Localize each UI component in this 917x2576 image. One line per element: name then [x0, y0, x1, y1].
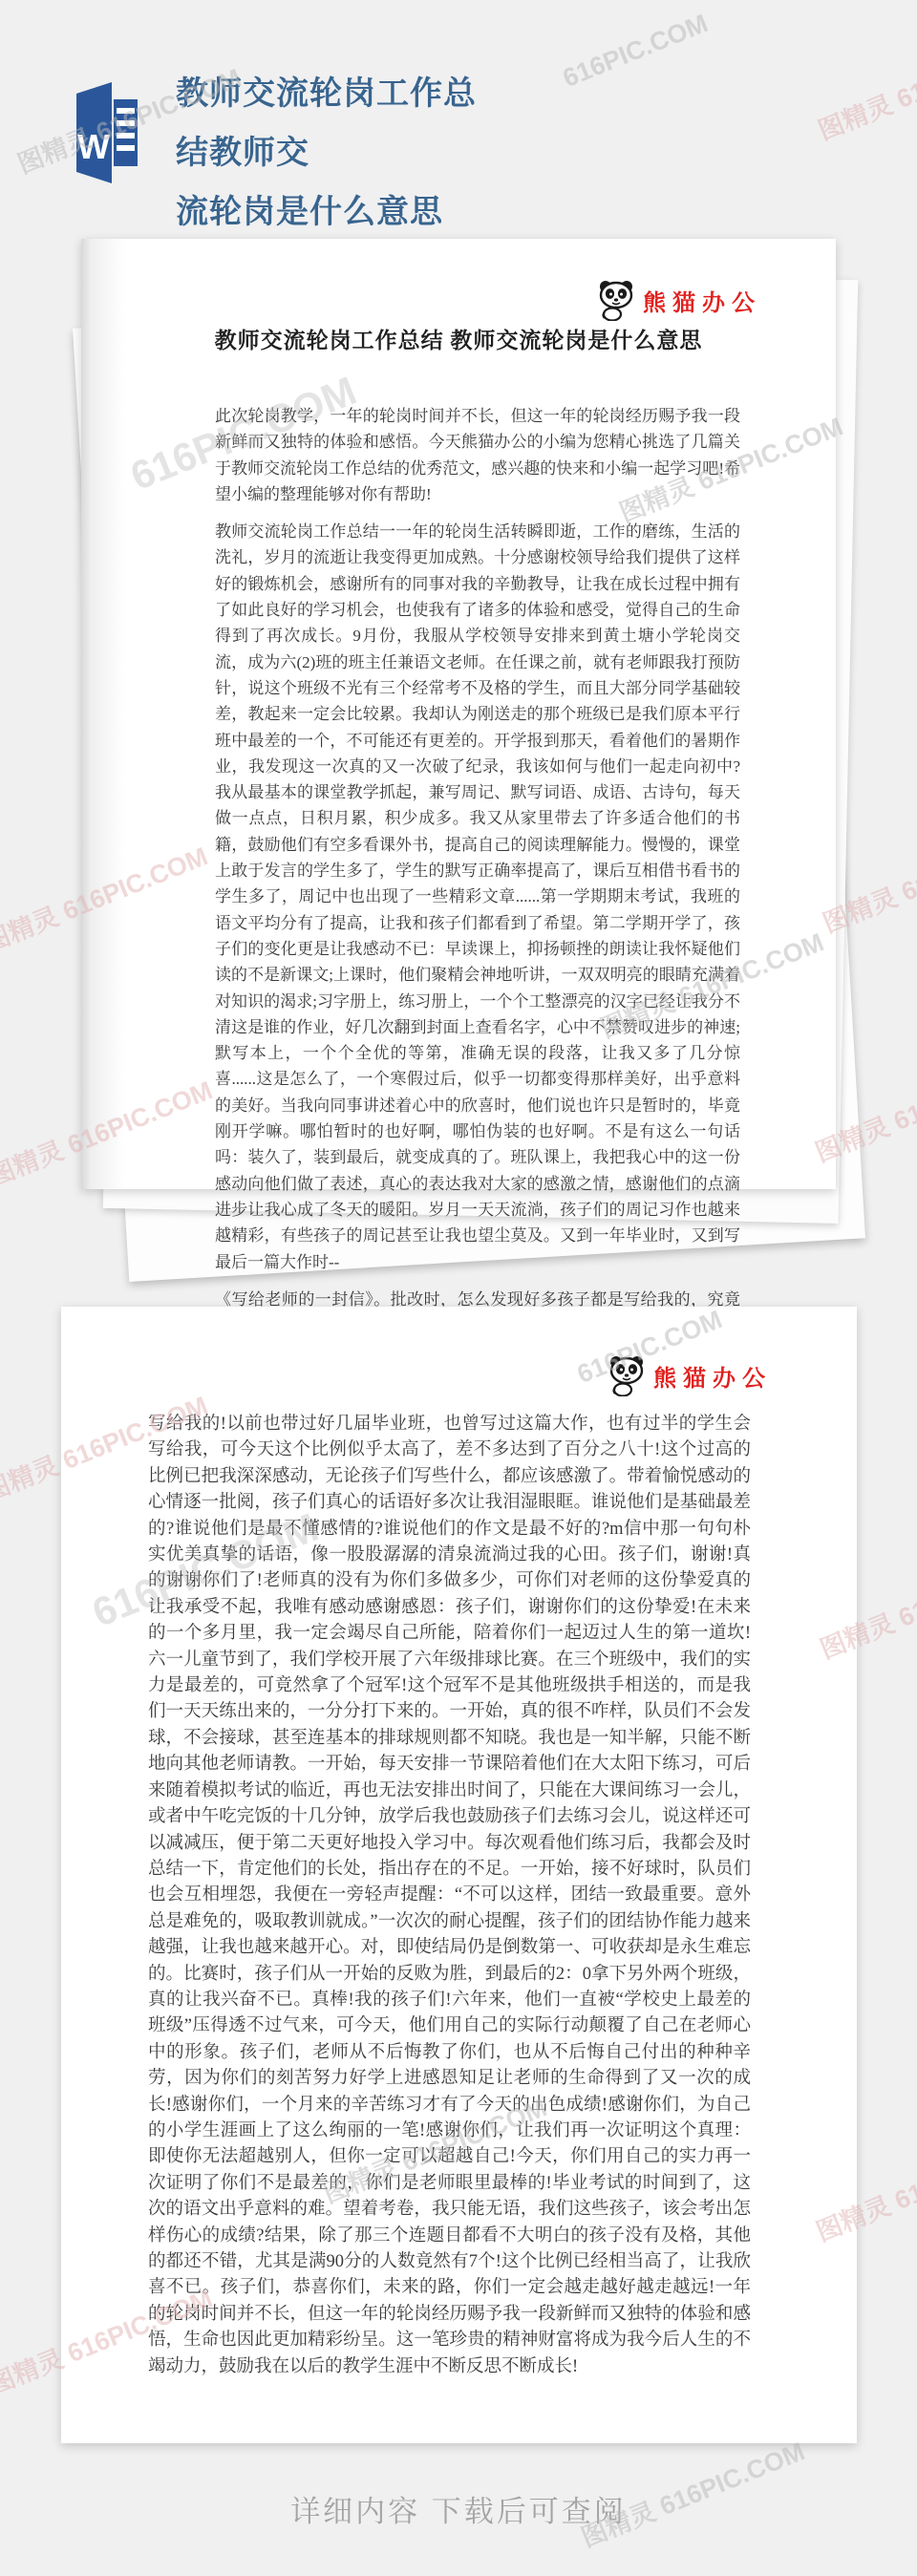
document-title: 教师交流轮岗工作总结 教师交流轮岗是什么意思 — [81, 323, 836, 354]
panda-icon — [597, 279, 635, 321]
watermark: 616PIC.COM — [559, 9, 712, 94]
page-title: 教师交流轮岗工作总结教师交 流轮岗是什么意思 — [176, 65, 491, 243]
document-body-page-2: 写给我的!以前也带过好几届毕业班，也曾写过这篇大作，也有过半的学生会写给我，可今… — [148, 1412, 751, 2380]
document-preview-page-2[interactable]: 熊猫办公 写给我的!以前也带过好几届毕业班，也曾写过这篇大作，也有过半的学生会写… — [61, 1307, 857, 2443]
brand-logo: 熊猫办公 — [597, 279, 761, 321]
paragraph: 教师交流轮岗工作总结一一年的轮岗生活转瞬即逝，工作的磨练，生活的洗礼，岁月的流逝… — [215, 519, 740, 1275]
word-icon: W — [76, 80, 138, 185]
panda-icon — [608, 1354, 646, 1396]
brand-name: 熊猫办公 — [643, 284, 761, 317]
brand-logo: 熊猫办公 — [608, 1354, 772, 1396]
document-preview-page-1[interactable]: 熊猫办公 教师交流轮岗工作总结 教师交流轮岗是什么意思 此次轮岗教学，一年的轮岗… — [81, 239, 836, 1189]
page-title-line1: 教师交流轮岗工作总结教师交 — [176, 65, 491, 183]
paragraph: 写给我的!以前也带过好几届毕业班，也曾写过这篇大作，也有过半的学生会写给我，可今… — [148, 1412, 751, 2380]
svg-text:W: W — [77, 127, 110, 166]
brand-name: 熊猫办公 — [653, 1359, 772, 1393]
watermark: 图精灵 616PIC.COM — [812, 24, 917, 147]
paragraph: 此次轮岗教学，一年的轮岗时间并不长，但这一年的轮岗经历赐予我一段新鲜而又独特的体… — [215, 403, 740, 507]
document-body-page-1: 此次轮岗教学，一年的轮岗时间并不长，但这一年的轮岗经历赐予我一段新鲜而又独特的体… — [215, 403, 740, 1365]
page-title-line2: 流轮岗是什么意思 — [176, 183, 491, 243]
footer-hint: 详细内容 下载后可查阅 — [0, 2487, 917, 2530]
